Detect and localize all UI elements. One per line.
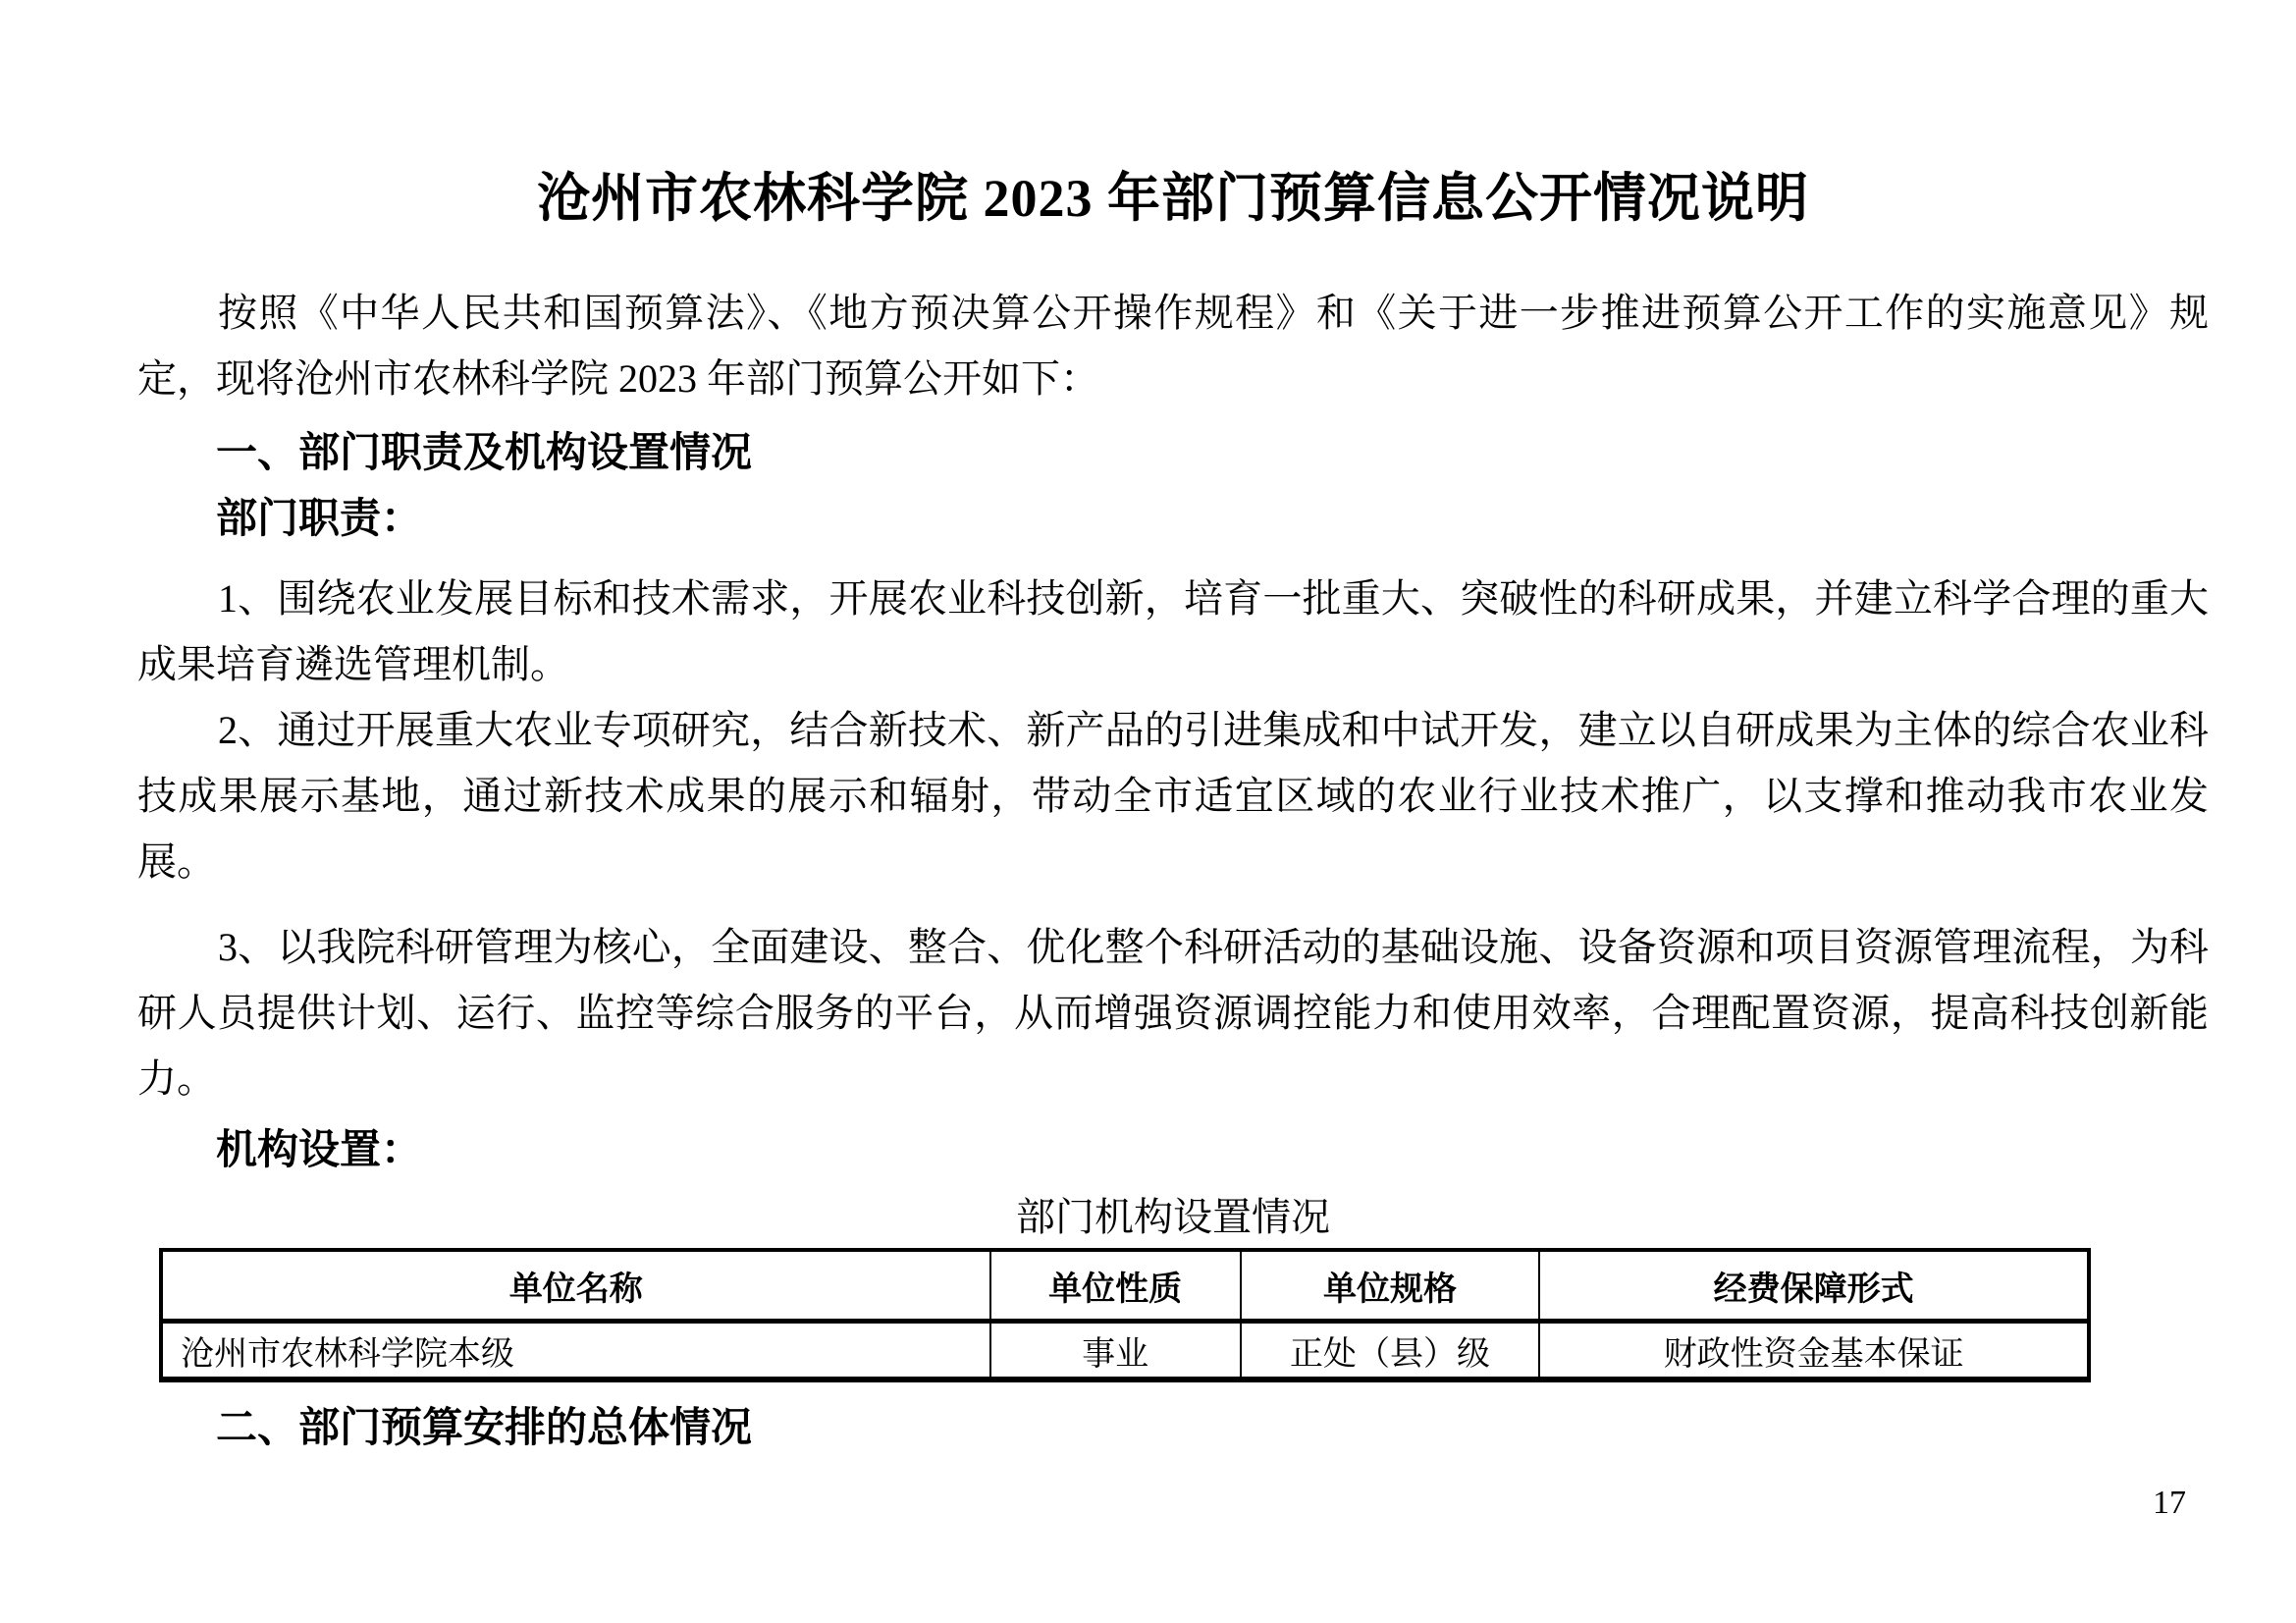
duty-paragraph-1: 1、围绕农业发展目标和技术需求，开展农业科技创新，培育一批重大、突破性的科研成果…: [137, 566, 2209, 697]
duties-label: 部门职责：: [137, 485, 2209, 551]
duty-paragraph-2: 2、通过开展重大农业专项研究，结合新技术、新产品的引进集成和中试开发，建立以自研…: [137, 697, 2209, 894]
cell-funding-form: 财政性资金基本保证: [1539, 1322, 2089, 1380]
column-header-funding-form: 经费保障形式: [1539, 1250, 2089, 1322]
page-number: 17: [2153, 1485, 2186, 1522]
intro-paragraph: 按照《中华人民共和国预算法》、《地方预决算公开操作规程》和《关于进一步推进预算公…: [137, 280, 2209, 411]
table-header-row: 单位名称 单位性质 单位规格 经费保障形式: [161, 1250, 2089, 1322]
cell-unit-name: 沧州市农林科学院本级: [161, 1322, 990, 1380]
section2-heading: 二、部门预算安排的总体情况: [137, 1394, 2209, 1460]
document-page: 沧州市农林科学院 2023 年部门预算信息公开情况说明 按照《中华人民共和国预算…: [0, 0, 2296, 1623]
document-content: 沧州市农林科学院 2023 年部门预算信息公开情况说明 按照《中华人民共和国预算…: [0, 0, 2296, 1460]
table-row: 沧州市农林科学院本级 事业 正处（县）级 财政性资金基本保证: [161, 1322, 2089, 1380]
page-title: 沧州市农林科学院 2023 年部门预算信息公开情况说明: [137, 162, 2209, 236]
org-structure-table: 单位名称 单位性质 单位规格 经费保障形式 沧州市农林科学院本级 事业 正处（县…: [159, 1248, 2091, 1382]
section1-heading: 一、部门职责及机构设置情况: [137, 419, 2209, 485]
cell-unit-type: 事业: [990, 1322, 1241, 1380]
column-header-unit-type: 单位性质: [990, 1250, 1241, 1322]
duty-paragraph-3: 3、以我院科研管理为核心，全面建设、整合、优化整个科研活动的基础设施、设备资源和…: [137, 914, 2209, 1111]
column-header-unit-grade: 单位规格: [1241, 1250, 1539, 1322]
cell-unit-grade: 正处（县）级: [1241, 1322, 1539, 1380]
table-caption: 部门机构设置情况: [137, 1187, 2209, 1248]
org-setup-label: 机构设置：: [137, 1116, 2209, 1182]
column-header-unit-name: 单位名称: [161, 1250, 990, 1322]
